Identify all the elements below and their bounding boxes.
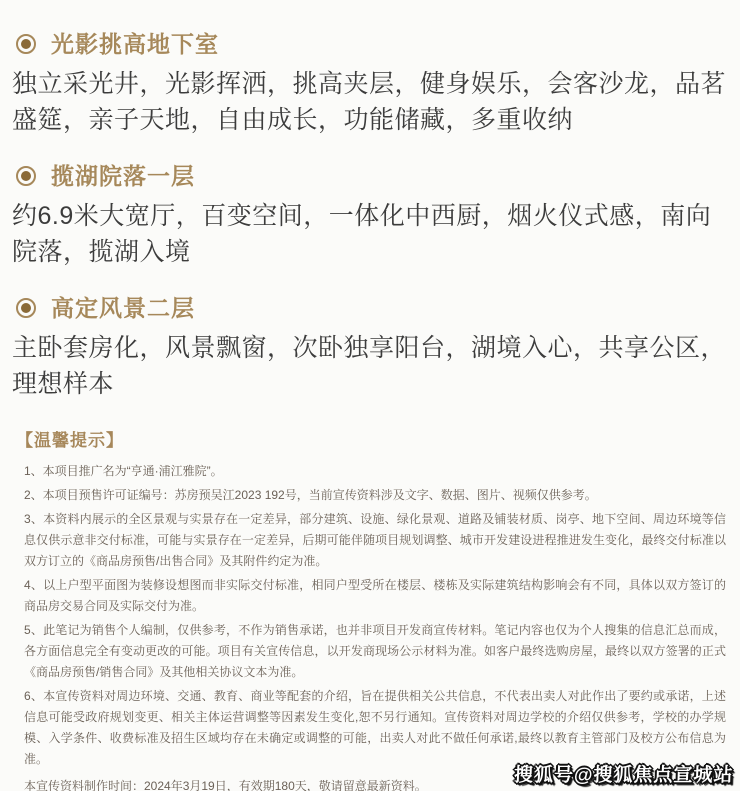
disclaimer-item-2: 2、本项目预售许可证编号：苏房预吴江2023 192号，当前宣传资料涉及文字、数… bbox=[16, 485, 726, 506]
bullseye-dot bbox=[21, 171, 31, 181]
bullseye-icon bbox=[16, 166, 36, 186]
feature-sections: 光影挑高地下室 独立采光井，光影挥洒，挑高夹层，健身娱乐，会客沙龙，品茗 盛筵，… bbox=[0, 0, 740, 402]
section-body-line: 约6.9米大宽厅，百变空间，一体化中西厨，烟火仪式感，南向 bbox=[12, 198, 728, 234]
section-body-line: 独立采光井，光影挥洒，挑高夹层，健身娱乐，会客沙龙，品茗 bbox=[12, 66, 728, 102]
section-second-floor-title-row: 高定风景二层 bbox=[16, 294, 728, 322]
section-body-line: 院落，揽湖入境 bbox=[12, 234, 728, 270]
disclaimer-item-5: 5、此笔记为销售个人编制，仅供参考，不作为销售承诺，也并非项目开发商宣传材料。笔… bbox=[16, 620, 726, 683]
bullseye-icon bbox=[16, 34, 36, 54]
section-title: 光影挑高地下室 bbox=[51, 30, 219, 58]
section-second-floor: 高定风景二层 主卧套房化，风景飘窗，次卧独享阳台，湖境入心，共享公区， 理想样本 bbox=[12, 294, 728, 402]
disclaimer-block: 【温馨提示】 1、本项目推广名为“亨通·浦江雅院”。 2、本项目预售许可证编号：… bbox=[0, 426, 740, 791]
disclaimer-item-4: 4、以上户型平面图为装修设想图而非实际交付标准，相同户型受所在楼层、楼栋及实际建… bbox=[16, 575, 726, 617]
section-basement-title-row: 光影挑高地下室 bbox=[16, 30, 728, 58]
section-first-floor: 揽湖院落一层 约6.9米大宽厅，百变空间，一体化中西厨，烟火仪式感，南向 院落，… bbox=[12, 162, 728, 270]
disclaimer-title: 【温馨提示】 bbox=[16, 426, 726, 451]
bullseye-dot bbox=[21, 39, 31, 49]
disclaimer-item-1: 1、本项目推广名为“亨通·浦江雅院”。 bbox=[16, 461, 726, 482]
section-first-floor-title-row: 揽湖院落一层 bbox=[16, 162, 728, 190]
section-body-line: 盛筵，亲子天地，自由成长，功能储藏，多重收纳 bbox=[12, 102, 728, 138]
section-basement: 光影挑高地下室 独立采光井，光影挥洒，挑高夹层，健身娱乐，会客沙龙，品茗 盛筵，… bbox=[12, 30, 728, 138]
promo-flyer-page: 光影挑高地下室 独立采光井，光影挥洒，挑高夹层，健身娱乐，会客沙龙，品茗 盛筵，… bbox=[0, 0, 740, 791]
bullseye-dot bbox=[21, 303, 31, 313]
section-body-line: 理想样本 bbox=[12, 366, 728, 402]
disclaimer-item-3: 3、本资料内展示的全区景观与实景存在一定差异，部分建筑、设施、绿化景观、道路及铺… bbox=[16, 509, 726, 572]
section-title: 揽湖院落一层 bbox=[51, 162, 195, 190]
sohu-watermark: 搜狐号@搜狐焦点宣城站 bbox=[514, 760, 734, 787]
section-title: 高定风景二层 bbox=[51, 294, 195, 322]
bullseye-icon bbox=[16, 298, 36, 318]
disclaimer-item-6: 6、本宣传资料对周边环境、交通、教育、商业等配套的介绍，旨在提供相关公共信息，不… bbox=[16, 686, 726, 770]
section-body-line: 主卧套房化，风景飘窗，次卧独享阳台，湖境入心，共享公区， bbox=[12, 330, 728, 366]
